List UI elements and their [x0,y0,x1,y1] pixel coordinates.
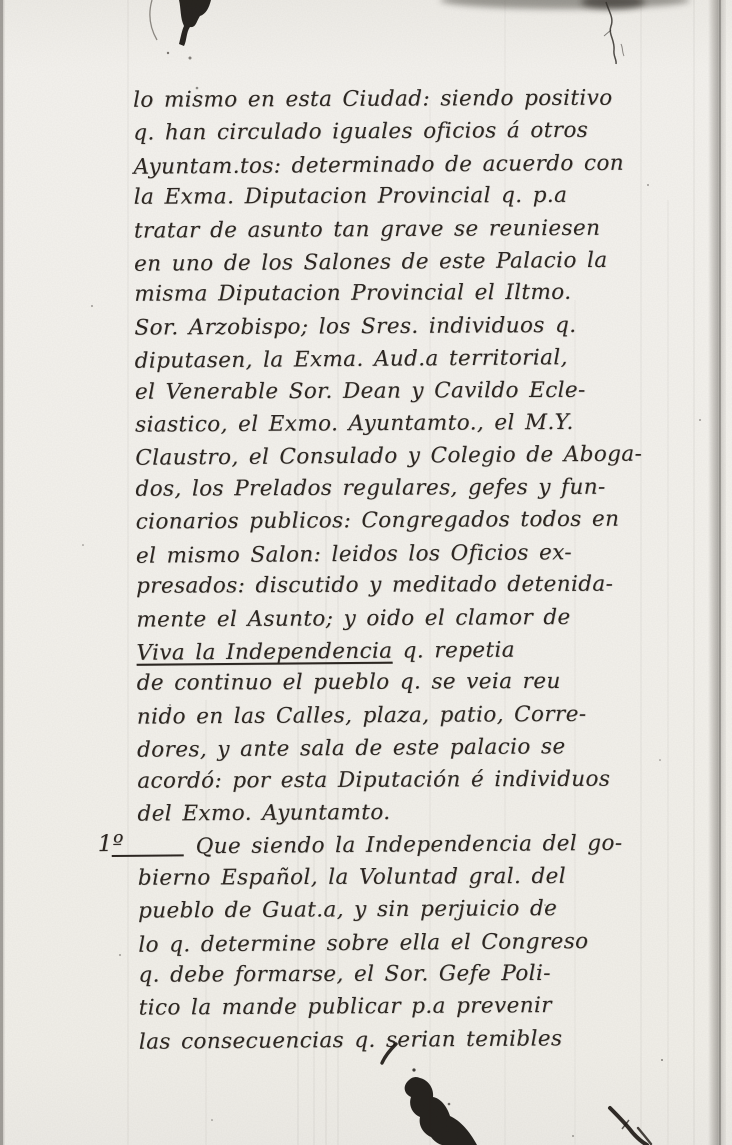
manuscript-line: diputasen, la Exma. Aud.a territorial, [135,342,657,379]
manuscript-line: dores, y ante sala de este palacio se [137,731,659,768]
manuscript-line: presados: discutido y meditado detenida- [136,569,658,604]
manuscript-line: dos, los Prelados regulares, gefes y fun… [135,471,657,506]
manuscript-line: lo q. determine sobre ella el Congreso [138,925,660,962]
manuscript-line: tratar de asunto tan grave se reuniesen [134,212,656,248]
manuscript-line: Sor. Arzobispo; los Sres. individuos q. [134,309,656,345]
underlined-phrase: Viva la Independencia [136,639,392,666]
manuscript-line: pueblo de Guat.a, y sin perjuicio de [138,893,660,929]
manuscript-line: acordó: por esta Diputación é individuos [137,763,659,798]
manuscript-line: las consecuencias q. serian temibles [139,1022,661,1059]
manuscript-line: nido en las Calles, plaza, patio, Corre- [137,698,659,734]
manuscript-line: tico la mande publicar p.a prevenir [139,990,661,1026]
manuscript-line: el mismo Salon: leidos los Oficios ex- [136,536,658,573]
manuscript-line: Claustro, el Consulado y Colegio de Abog… [135,439,657,476]
item-number-marker: 1º [98,828,125,861]
manuscript-line: cionarios publicos: Congregados todos en [136,504,658,540]
manuscript-text: lo mismo en esta Ciudad: siendo positivo… [133,82,661,1057]
manuscript-line: de continuo el pueblo q. se veia reu [137,666,659,701]
manuscript-line: siastico, el Exmo. Ayuntamto., el M.Y. [135,406,657,442]
manuscript-line: q. debe formarse, el Sor. Gefe Poli- [138,957,660,992]
manuscript-page: lo mismo en esta Ciudad: siendo positivo… [0,0,732,1145]
manuscript-line: lo mismo en esta Ciudad: siendo positivo [133,82,655,117]
manuscript-line: mente el Asunto; y oido el clamor de [136,601,658,637]
manuscript-line: misma Diputacion Provincial el Iltmo. [134,277,656,312]
manuscript-line: la Exma. Diputacion Provincial q. p.a [134,180,656,215]
manuscript-line: en uno de los Salones de este Palacio la [134,244,656,281]
manuscript-line: Viva la Independencia q. repetia [136,633,658,670]
manuscript-line: Ayuntam.tos: determinado de acuerdo con [133,147,655,184]
manuscript-line: bierno Español, la Voluntad gral. del [138,860,660,895]
manuscript-line: el Venerable Sor. Dean y Cavildo Ecle- [135,374,657,409]
manuscript-line: 1ºQue siendo la Independencia del go- [138,828,660,865]
manuscript-line: q. han circulado iguales oficios á otros [133,115,655,151]
manuscript-line: del Exmo. Ayuntamto. [137,795,659,831]
